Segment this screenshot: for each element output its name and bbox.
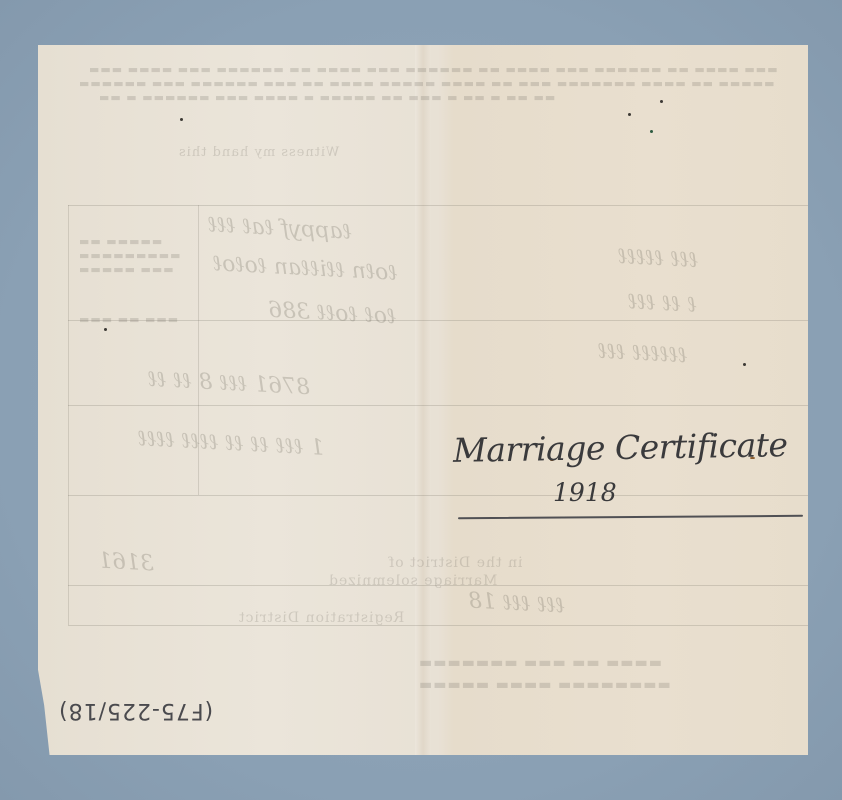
show-through-handwriting: ℓappy𝑓 ℓaℓ ℓℓℓ: [207, 211, 352, 244]
table-rule: [68, 320, 808, 321]
show-through-text: ▬▬▬▬▬ ▬▬: [78, 235, 162, 248]
show-through-text: ▬▬▬▬▬▬▬▬ ▬▬▬▬ ▬▬▬▬▬: [418, 677, 671, 693]
show-through-handwriting: ℓℓℓ ℓℓℓ 18: [467, 587, 565, 618]
show-through-text: ▬▬▬ ▬▬ ▬▬▬: [78, 313, 178, 326]
paper-speck: [743, 363, 746, 366]
show-through-handwriting: ℓ ℓℓ ℓℓℓ: [627, 288, 697, 318]
paper-speck: [104, 328, 107, 331]
show-through-text: ▬▬▬▬ ▬▬ ▬▬▬ ▬▬▬▬▬▬▬: [418, 655, 662, 671]
table-rule: [68, 495, 808, 496]
table-rule: [68, 405, 808, 406]
show-through-text: Registration District: [238, 610, 404, 626]
table-rule: [68, 205, 69, 625]
show-through-handwriting: ℓoℓn ℓℓiℓℓan ℓoℓoℓ: [212, 250, 398, 286]
catalog-number: (F75-225/18): [58, 698, 213, 723]
paper-speck: [180, 118, 183, 121]
show-through-handwriting: 3161: [97, 549, 154, 577]
paper-speck: [628, 113, 631, 116]
show-through-text: Marriage solemnized: [328, 573, 497, 589]
show-through-handwriting: 1 ℓℓℓ ℓℓ ℓℓ ℓℓℓℓ ℓℓℓℓ: [137, 425, 325, 461]
handwritten-title: Marriage Certificate: [453, 425, 788, 470]
table-rule: [68, 205, 808, 206]
show-through-handwriting: 8761 ℓℓℓ 8 ℓℓ ℓℓ: [147, 366, 310, 400]
show-through-text: Witness my hand this: [178, 145, 339, 160]
table-rule: [68, 625, 808, 626]
show-through-text: in the District of: [388, 555, 523, 571]
underline-stroke: [458, 515, 803, 519]
show-through-text: ▬▬▬▬▬▬▬▬▬: [78, 249, 181, 262]
show-through-text: ▬▬ ▬▬ ▬ ▬▬ ▬ ▬▬▬ ▬▬ ▬▬▬▬▬ ▬ ▬▬▬▬ ▬▬▬ ▬▬▬…: [98, 91, 555, 104]
fold-crease: [415, 45, 431, 755]
handwritten-year: 1918: [553, 478, 617, 507]
paper-speck: [650, 130, 653, 133]
show-through-handwriting: ℓoℓ ℓoℓℓ 386: [267, 297, 396, 330]
show-through-handwriting: ℓℓℓ ℓℓℓℓℓ: [617, 243, 699, 273]
show-through-text: ▬▬▬▬▬ ▬▬ ▬▬▬▬ ▬▬▬▬▬▬▬ ▬▬▬ ▬▬ ▬▬▬▬ ▬▬▬▬▬ …: [78, 77, 774, 90]
paper-speck: [660, 100, 663, 103]
show-through-text: ▬▬▬ ▬▬▬▬ ▬▬ ▬▬▬▬▬▬ ▬▬▬ ▬▬▬▬ ▬▬ ▬▬▬▬▬▬ ▬▬…: [88, 63, 778, 76]
show-through-handwriting: ℓℓℓℓℓℓ ℓℓℓ: [597, 338, 688, 369]
show-through-text: ▬▬▬ ▬▬▬▬▬: [78, 263, 174, 276]
document-paper: ▬▬▬ ▬▬▬▬ ▬▬ ▬▬▬▬▬▬ ▬▬▬ ▬▬▬▬ ▬▬ ▬▬▬▬▬▬ ▬▬…: [38, 45, 808, 755]
